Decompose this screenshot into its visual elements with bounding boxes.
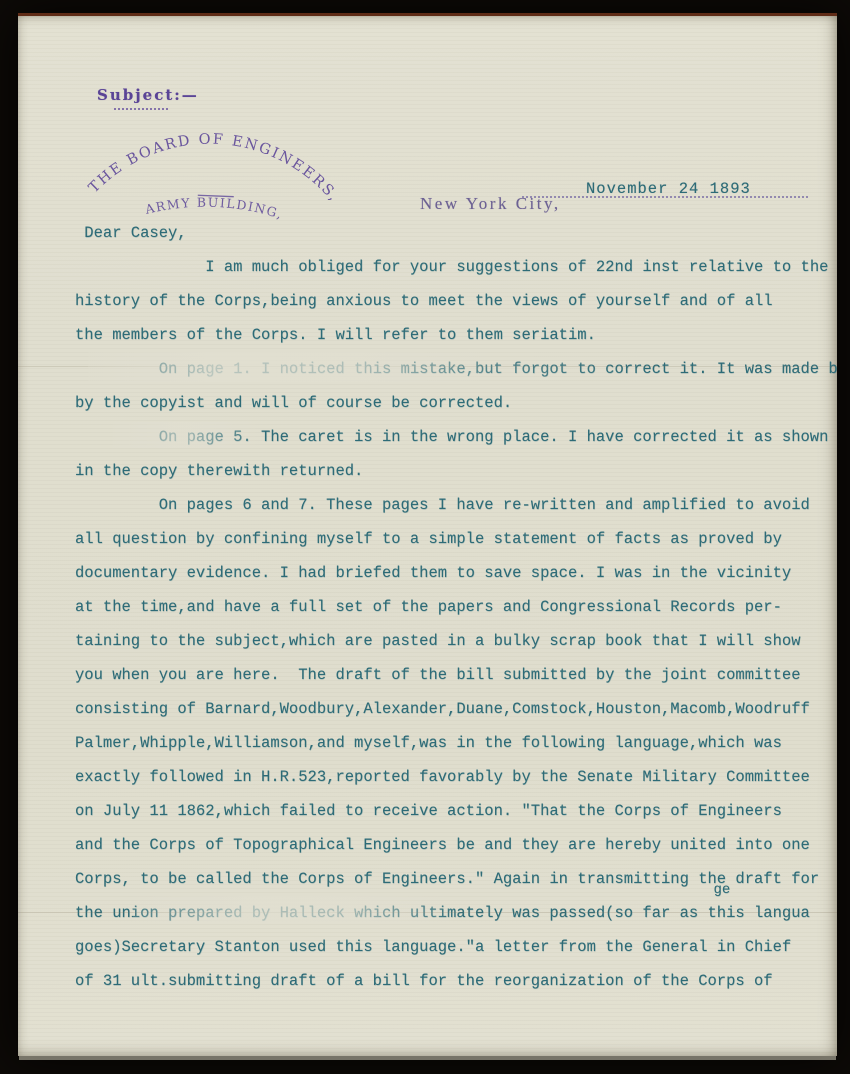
letterhead-org-name: THE BOARD OF ENGINEERS, bbox=[86, 127, 345, 206]
letter-line-14: consisting of Barnard,Woodbury,Alexander… bbox=[75, 692, 837, 726]
letter-line-10: documentary evidence. I had briefed them… bbox=[75, 556, 837, 590]
scanned-letter-page: Subject:— THE BOARD OF ENGINEERS, ARMY B… bbox=[0, 0, 850, 1074]
fold-crease-upper bbox=[18, 366, 837, 367]
fold-crease-lower bbox=[18, 912, 837, 913]
letter-line-2: history of the Corps,being anxious to me… bbox=[75, 284, 837, 318]
letter-line-17: on July 11 1862,which failed to receive … bbox=[75, 794, 837, 828]
letter-line-5: by the copyist and will of course be cor… bbox=[75, 386, 837, 420]
letter-paper: Subject:— THE BOARD OF ENGINEERS, ARMY B… bbox=[18, 16, 837, 1056]
letter-line-22: of 31 ult.submitting draft of a bill for… bbox=[75, 964, 837, 998]
salutation: Dear Casey, bbox=[75, 216, 837, 250]
letter-line-21: goes)Secretary Stanton used this languag… bbox=[75, 930, 837, 964]
letter-line-15: Palmer,Whipple,Williamson,and myself,was… bbox=[75, 726, 837, 760]
letter-line-11: at the time,and have a full set of the p… bbox=[75, 590, 837, 624]
letter-line-3: the members of the Corps. I will refer t… bbox=[75, 318, 837, 352]
letter-line-4: On page 1. I noticed this mistake,but fo… bbox=[75, 352, 837, 386]
letter-line-13: you when you are here. The draft of the … bbox=[75, 658, 837, 692]
letter-line-18: and the Corps of Topographical Engineers… bbox=[75, 828, 837, 862]
letter-lines: I am much obliged for your suggestions o… bbox=[75, 250, 837, 998]
letter-line-8: On pages 6 and 7. These pages I have re-… bbox=[75, 488, 837, 522]
letter-line-1: I am much obliged for your suggestions o… bbox=[75, 250, 837, 284]
letter-line-16: exactly followed in H.R.523,reported fav… bbox=[75, 760, 837, 794]
letter-line-6: On page 5. The caret is in the wrong pla… bbox=[75, 420, 837, 454]
letter-line-7: in the copy therewith returned. bbox=[75, 454, 837, 488]
letterhead-arch: THE BOARD OF ENGINEERS, ARMY BUILDING, bbox=[80, 99, 354, 229]
svg-text:THE BOARD OF ENGINEERS,: THE BOARD OF ENGINEERS, bbox=[86, 127, 345, 206]
letter-line-9: all question by confining myself to a si… bbox=[75, 522, 837, 556]
letter-body: Dear Casey, I am much obliged for your s… bbox=[75, 216, 837, 998]
typed-date: November 24 1893 bbox=[586, 180, 751, 198]
letter-line-20: the union prepared by Halleck which ulti… bbox=[75, 896, 837, 930]
letter-line-12: taining to the subject,which are pasted … bbox=[75, 624, 837, 658]
typed-superscript-correction: ge bbox=[714, 883, 731, 897]
